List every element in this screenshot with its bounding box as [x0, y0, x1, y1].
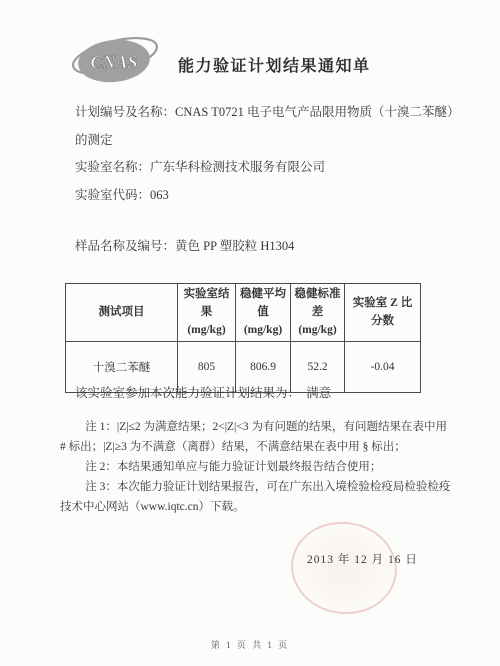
header-lab-result-label: 实验室结果 — [184, 288, 230, 318]
document-page: CNAS 能力验证计划结果通知单 计划编号及名称：CNAS T0721 电子电气… — [0, 0, 500, 666]
header-robust-sd-unit: (mg/kg) — [294, 322, 341, 340]
header-robust-sd-label: 稳健标准差 — [295, 288, 341, 318]
note-3: 注 3：本次能力验证计划结果报告，可在广东出入境检验检疫局检验检疫技术中心网站（… — [60, 477, 452, 517]
header-z-score: 实验室 Z 比 分数 — [345, 284, 421, 342]
page-footer: 第 1 页 共 1 页 — [0, 638, 500, 651]
header-lab-result: 实验室结果 (mg/kg) — [178, 284, 236, 342]
red-seal-stamp — [285, 515, 403, 621]
header-robust-sd: 稳健标准差 (mg/kg) — [291, 284, 345, 342]
plan-number-line: 计划编号及名称：CNAS T0721 电子电气产品限用物质（十溴二苯醚） — [75, 99, 457, 127]
cnas-logo-icon: CNAS — [70, 30, 158, 88]
cell-z-score: -0.04 — [345, 342, 421, 393]
header-z-score-label2: 分数 — [348, 313, 417, 331]
header-lab-result-unit: (mg/kg) — [181, 322, 232, 340]
results-table: 测试项目 实验室结果 (mg/kg) 稳健平均值 (mg/kg) 稳健标准差 (… — [65, 283, 421, 393]
svg-text:CNAS: CNAS — [90, 52, 137, 72]
document-title: 能力验证计划结果通知单 — [178, 53, 371, 76]
header-test-item: 测试项目 — [66, 284, 178, 342]
lab-code-line: 实验室代码：063 — [75, 182, 457, 210]
plan-number-line-wrap: 的测定 — [75, 127, 457, 155]
header-robust-mean: 稳健平均值 (mg/kg) — [236, 284, 291, 342]
header-robust-mean-label: 稳健平均值 — [240, 288, 286, 318]
lab-name-line: 实验室名称：广东华科检测技术服务有限公司 — [75, 154, 457, 182]
date-line: 2013 年 12 月 16 日 — [307, 551, 418, 567]
header-test-item-label: 测试项目 — [99, 306, 145, 318]
note-1: 注 1：|Z|≤2 为满意结果；2<|Z|<3 为有问题的结果，有问题结果在表中… — [60, 417, 452, 457]
sample-name-line: 样品名称及编号：黄色 PP 塑胶粒 H1304 — [75, 236, 294, 254]
table-header-row: 测试项目 实验室结果 (mg/kg) 稳健平均值 (mg/kg) 稳健标准差 (… — [66, 284, 421, 342]
note-2: 注 2：本结果通知单应与能力验证计划最终报告结合使用； — [60, 457, 452, 477]
notes-block: 注 1：|Z|≤2 为满意结果；2<|Z|<3 为有问题的结果，有问题结果在表中… — [60, 417, 452, 517]
header-robust-mean-unit: (mg/kg) — [239, 322, 287, 340]
info-block: 计划编号及名称：CNAS T0721 电子电气产品限用物质（十溴二苯醚） 的测定… — [75, 99, 457, 209]
conclusion-line: 该实验室参加本次能力验证计划结果为： 满意 — [75, 383, 331, 401]
header-z-score-label: 实验室 Z 比 — [353, 297, 412, 309]
